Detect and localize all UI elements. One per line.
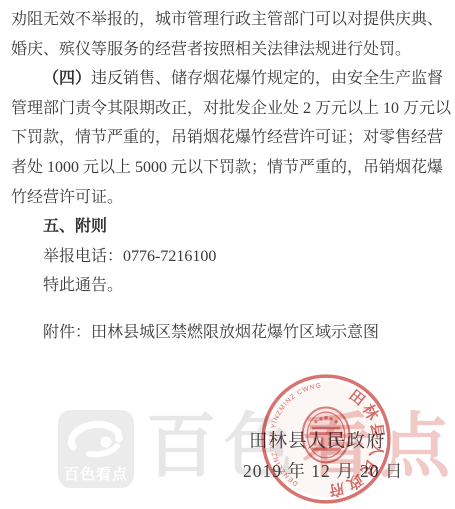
watermark-logo-label: 百色看点 (64, 467, 128, 482)
watermark-logo: 百色看点 (58, 410, 134, 488)
clause-4-line: （四）违反销售、储存烟花爆竹规定的，由安全生产监督 (11, 64, 445, 94)
seal-emblem (303, 408, 350, 463)
clause-4-text: 违反销售、储存烟花爆竹规定的，由安全生产监督 (91, 70, 443, 87)
swirl-icon (58, 414, 134, 466)
text-line-1: 劝阻无效不举报的，城市管理行政主管部门可以对提供庆典、 (11, 5, 445, 35)
text-line-6: 者处 1000 元以上 5000 元以下罚款；情节严重的，吊销烟花爆 (11, 153, 445, 183)
section-5-heading: 五、附则 (11, 212, 445, 242)
clause-4-label: （四） (43, 70, 91, 87)
text-line-4: 管理部门责令其限期改正，对批发企业处 2 万元以上 10 万元以 (11, 94, 445, 124)
document-page: 劝阻无效不举报的，城市管理行政主管部门可以对提供庆典、 婚庆、殡仪等服务的经营者… (0, 0, 455, 509)
closing-line: 特此通告。 (11, 271, 445, 301)
hotline-line: 举报电话：0776-7216100 (11, 242, 445, 272)
text-line-7: 竹经营许可证。 (11, 183, 445, 213)
official-seal-stamp: DENZLINZ YEN YINZMINZ CWNGFUJ 田林县人民政府 (257, 370, 395, 508)
text-line-2: 婚庆、殡仪等服务的经营者按照相关法律法规进行处罚。 (11, 35, 445, 65)
notice-text: 劝阻无效不举报的，城市管理行政主管部门可以对提供庆典、 婚庆、殡仪等服务的经营者… (11, 5, 445, 348)
attachment-line: 附件：田林县城区禁燃限放烟花爆竹区域示意图 (11, 318, 445, 348)
text-line-5: 下罚款，情节严重的，吊销烟花爆竹经营许可证；对零售经营 (11, 123, 445, 153)
